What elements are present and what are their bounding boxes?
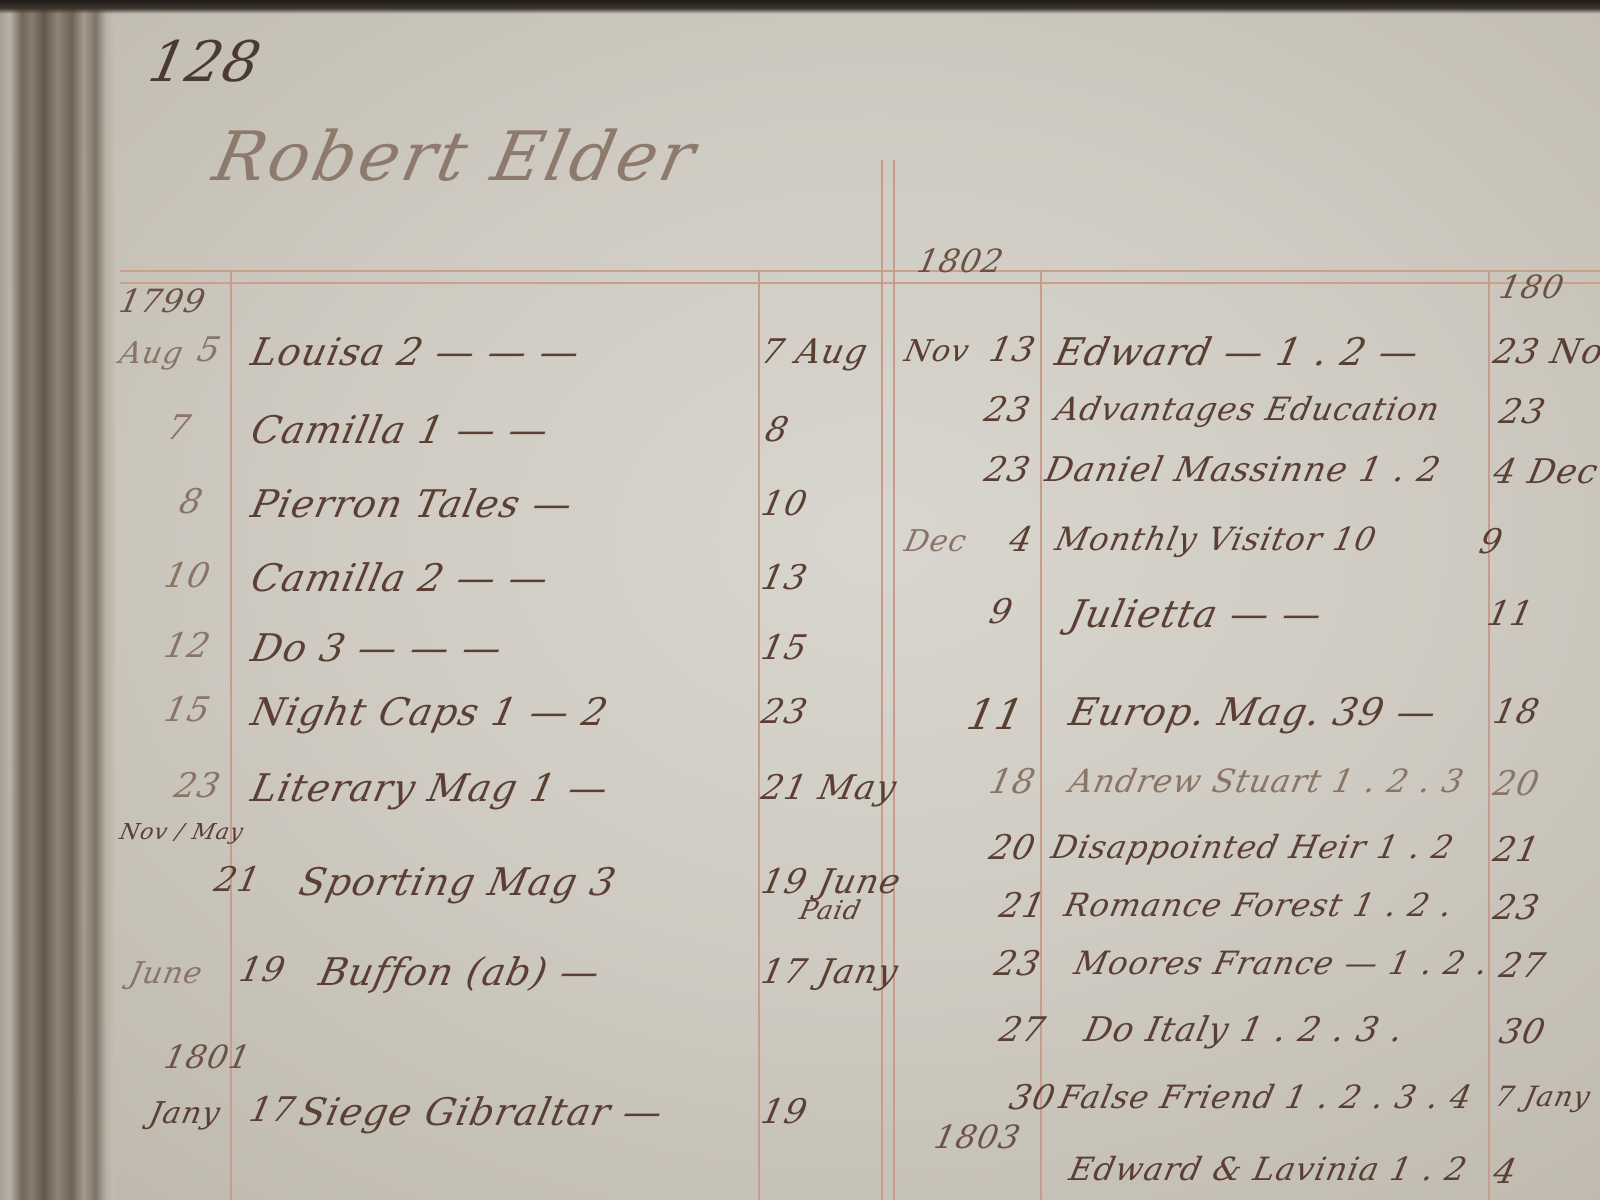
entry-day: 8	[176, 482, 207, 522]
entry-returned: 21 May	[758, 768, 901, 808]
entry-returned: 23	[758, 692, 812, 732]
entry-returned: 23 Nov	[1490, 332, 1600, 372]
entry-day: 20	[986, 828, 1040, 868]
entry-returned: 27	[1496, 946, 1550, 986]
entry-month: Nov	[901, 334, 973, 369]
entry-returned: 20	[1490, 764, 1544, 804]
entry-day: 9	[986, 592, 1017, 632]
entry-title: Pierron Tales —	[247, 482, 577, 526]
entry-day: 23	[981, 390, 1035, 430]
entry-day: 10	[161, 556, 215, 596]
entry-title: Buffon (ab) —	[315, 950, 604, 994]
entry-title: Edward & Lavinia 1 . 2	[1066, 1150, 1471, 1188]
entry-month: June	[126, 956, 206, 991]
entry-title: Louisa 2 — — —	[247, 330, 584, 374]
entry-title: Do 3 — — —	[247, 626, 506, 670]
entry-day: 23	[991, 944, 1045, 984]
entry-day: 17	[246, 1090, 300, 1130]
entry-day: 5	[194, 330, 225, 370]
entry-title: Europ. Mag. 39 —	[1065, 690, 1441, 734]
entry-returned: 23	[1490, 888, 1544, 928]
left-year-header: 1799	[116, 282, 210, 320]
entry-day: 21	[996, 886, 1050, 926]
entry-returned: 30	[1496, 1012, 1550, 1052]
entry-returned: 13	[758, 558, 812, 598]
entry-day: 27	[996, 1010, 1050, 1050]
entry-day: 21	[211, 860, 265, 900]
entry-returned: 18	[1490, 692, 1544, 732]
entry-day: 18	[986, 762, 1040, 802]
book-binding	[0, 0, 115, 1200]
entry-title: Monthly Visitor 10	[1052, 520, 1380, 558]
entry-returned: 4 Dec	[1490, 452, 1600, 492]
entry-paid-note: Paid	[797, 896, 864, 926]
right-year-header: 1802	[914, 242, 1008, 280]
entry-title: Camilla 2 — —	[247, 556, 553, 600]
entry-title: Moores France — 1 . 2 .	[1071, 944, 1492, 982]
entry-day: 12	[161, 626, 215, 666]
header-rule-line	[120, 282, 1600, 284]
entry-returned: 9	[1476, 522, 1507, 562]
entry-title: Advantages Education	[1052, 390, 1444, 428]
entry-title: Daniel Massinne 1 . 2	[1042, 450, 1445, 490]
entry-title: Sporting Mag 3	[295, 860, 620, 904]
header-rule-line	[120, 270, 1600, 272]
entry-returned: 7 Jany	[1492, 1080, 1593, 1113]
entry-day: 7	[164, 408, 195, 448]
entry-returned: 21	[1490, 830, 1544, 870]
entry-title: Night Caps 1 — 2	[247, 690, 612, 734]
center-column-divider	[881, 160, 883, 1200]
entry-returned: 7 Aug	[758, 332, 872, 372]
page-number: 128	[143, 30, 267, 95]
entry-title: Literary Mag 1 —	[247, 766, 612, 810]
entry-day: 23	[171, 766, 225, 806]
entry-day: 11	[963, 690, 1029, 739]
entry-day: 23	[981, 450, 1035, 490]
entry-month: Nov / May	[117, 820, 246, 845]
year-marker: 1801	[161, 1038, 255, 1076]
entry-title: Edward — 1 . 2 —	[1051, 330, 1423, 374]
entry-returned: 23	[1496, 392, 1550, 432]
entry-title: Disappointed Heir 1 . 2	[1048, 828, 1458, 866]
entry-title: Siege Gibraltar —	[295, 1090, 667, 1134]
entry-month: Jany	[146, 1096, 224, 1131]
ledger-page: 128 Robert Elder 1799 1802 180 Aug 5 Lou…	[0, 0, 1600, 1200]
entry-returned: 19	[758, 1092, 812, 1132]
entry-title: Julietta — —	[1065, 592, 1326, 636]
next-year-header: 180	[1496, 268, 1568, 306]
entry-title: Camilla 1 — —	[247, 408, 553, 452]
return-column-divider	[758, 270, 760, 1200]
entry-day: 4	[1006, 520, 1037, 560]
entry-day: 30	[1006, 1078, 1060, 1118]
entry-month: Dec	[901, 524, 970, 559]
page-top-edge-shadow	[0, 0, 1600, 14]
entry-month: Aug	[116, 336, 187, 371]
entry-title: Andrew Stuart 1 . 2 . 3	[1066, 762, 1468, 800]
entry-returned: 17 Jany	[758, 952, 903, 992]
entry-returned: 15	[758, 628, 812, 668]
entry-returned: 4	[1490, 1152, 1521, 1192]
entry-day: 15	[161, 690, 215, 730]
entry-day: 13	[986, 330, 1040, 370]
year-marker: 1803	[931, 1118, 1025, 1156]
entry-day: 19	[236, 950, 290, 990]
date-column-divider	[1040, 270, 1042, 1200]
return-column-divider	[1488, 270, 1490, 1200]
entry-title: Romance Forest 1 . 2 .	[1061, 886, 1456, 924]
entry-title: Do Italy 1 . 2 . 3 .	[1081, 1010, 1408, 1050]
entry-returned: 10	[758, 484, 812, 524]
account-holder-name: Robert Elder	[207, 118, 705, 197]
entry-title: False Friend 1 . 2 . 3 . 4	[1056, 1078, 1476, 1116]
entry-returned: 8	[762, 410, 793, 450]
entry-returned: 11	[1484, 594, 1538, 634]
center-column-divider	[893, 160, 895, 1200]
